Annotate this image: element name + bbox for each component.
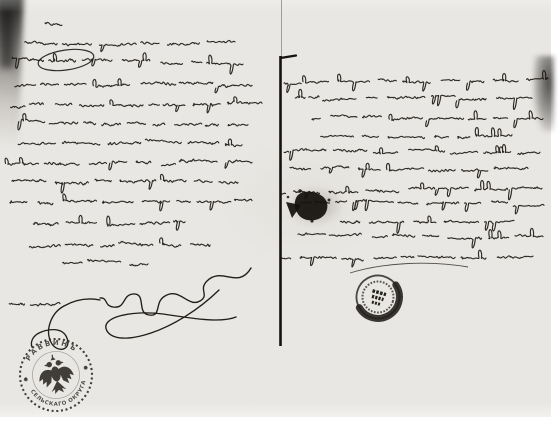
hebrew-seal-heavy-ink-arc [358,277,403,323]
double-headed-eagle-icon [35,351,77,396]
hebrew-seal [351,270,404,323]
ink-blot [286,189,331,222]
svg-text:РАВВИНЪ: РАВВИНЪ [22,334,81,363]
seal-rosette-right [83,365,88,370]
svg-text:СЕЛЬСКАГО ОКРУГА: СЕЛЬСКАГО ОКРУГА [28,378,91,413]
scanned-document: РАВВИНЪ СЕЛЬСКАГО ОКРУГА [0,0,559,430]
seal-text-bottom: СЕЛЬСКАГО ОКРУГА [28,378,91,413]
ink-layer: РАВВИНЪ СЕЛЬСКАГО ОКРУГА [0,0,559,430]
russian-rabbinate-seal: РАВВИНЪ СЕЛЬСКАГО ОКРУГА [14,333,98,418]
right-page-handwriting [280,71,548,267]
underline-swash [350,263,468,273]
seal-text-top: РАВВИНЪ [22,334,81,363]
hebrew-seal-center-text [369,291,385,305]
fold-line [281,0,297,346]
left-page-handwriting [5,22,262,306]
signature-flourish [31,268,251,349]
seal-rosette-left [23,377,28,382]
